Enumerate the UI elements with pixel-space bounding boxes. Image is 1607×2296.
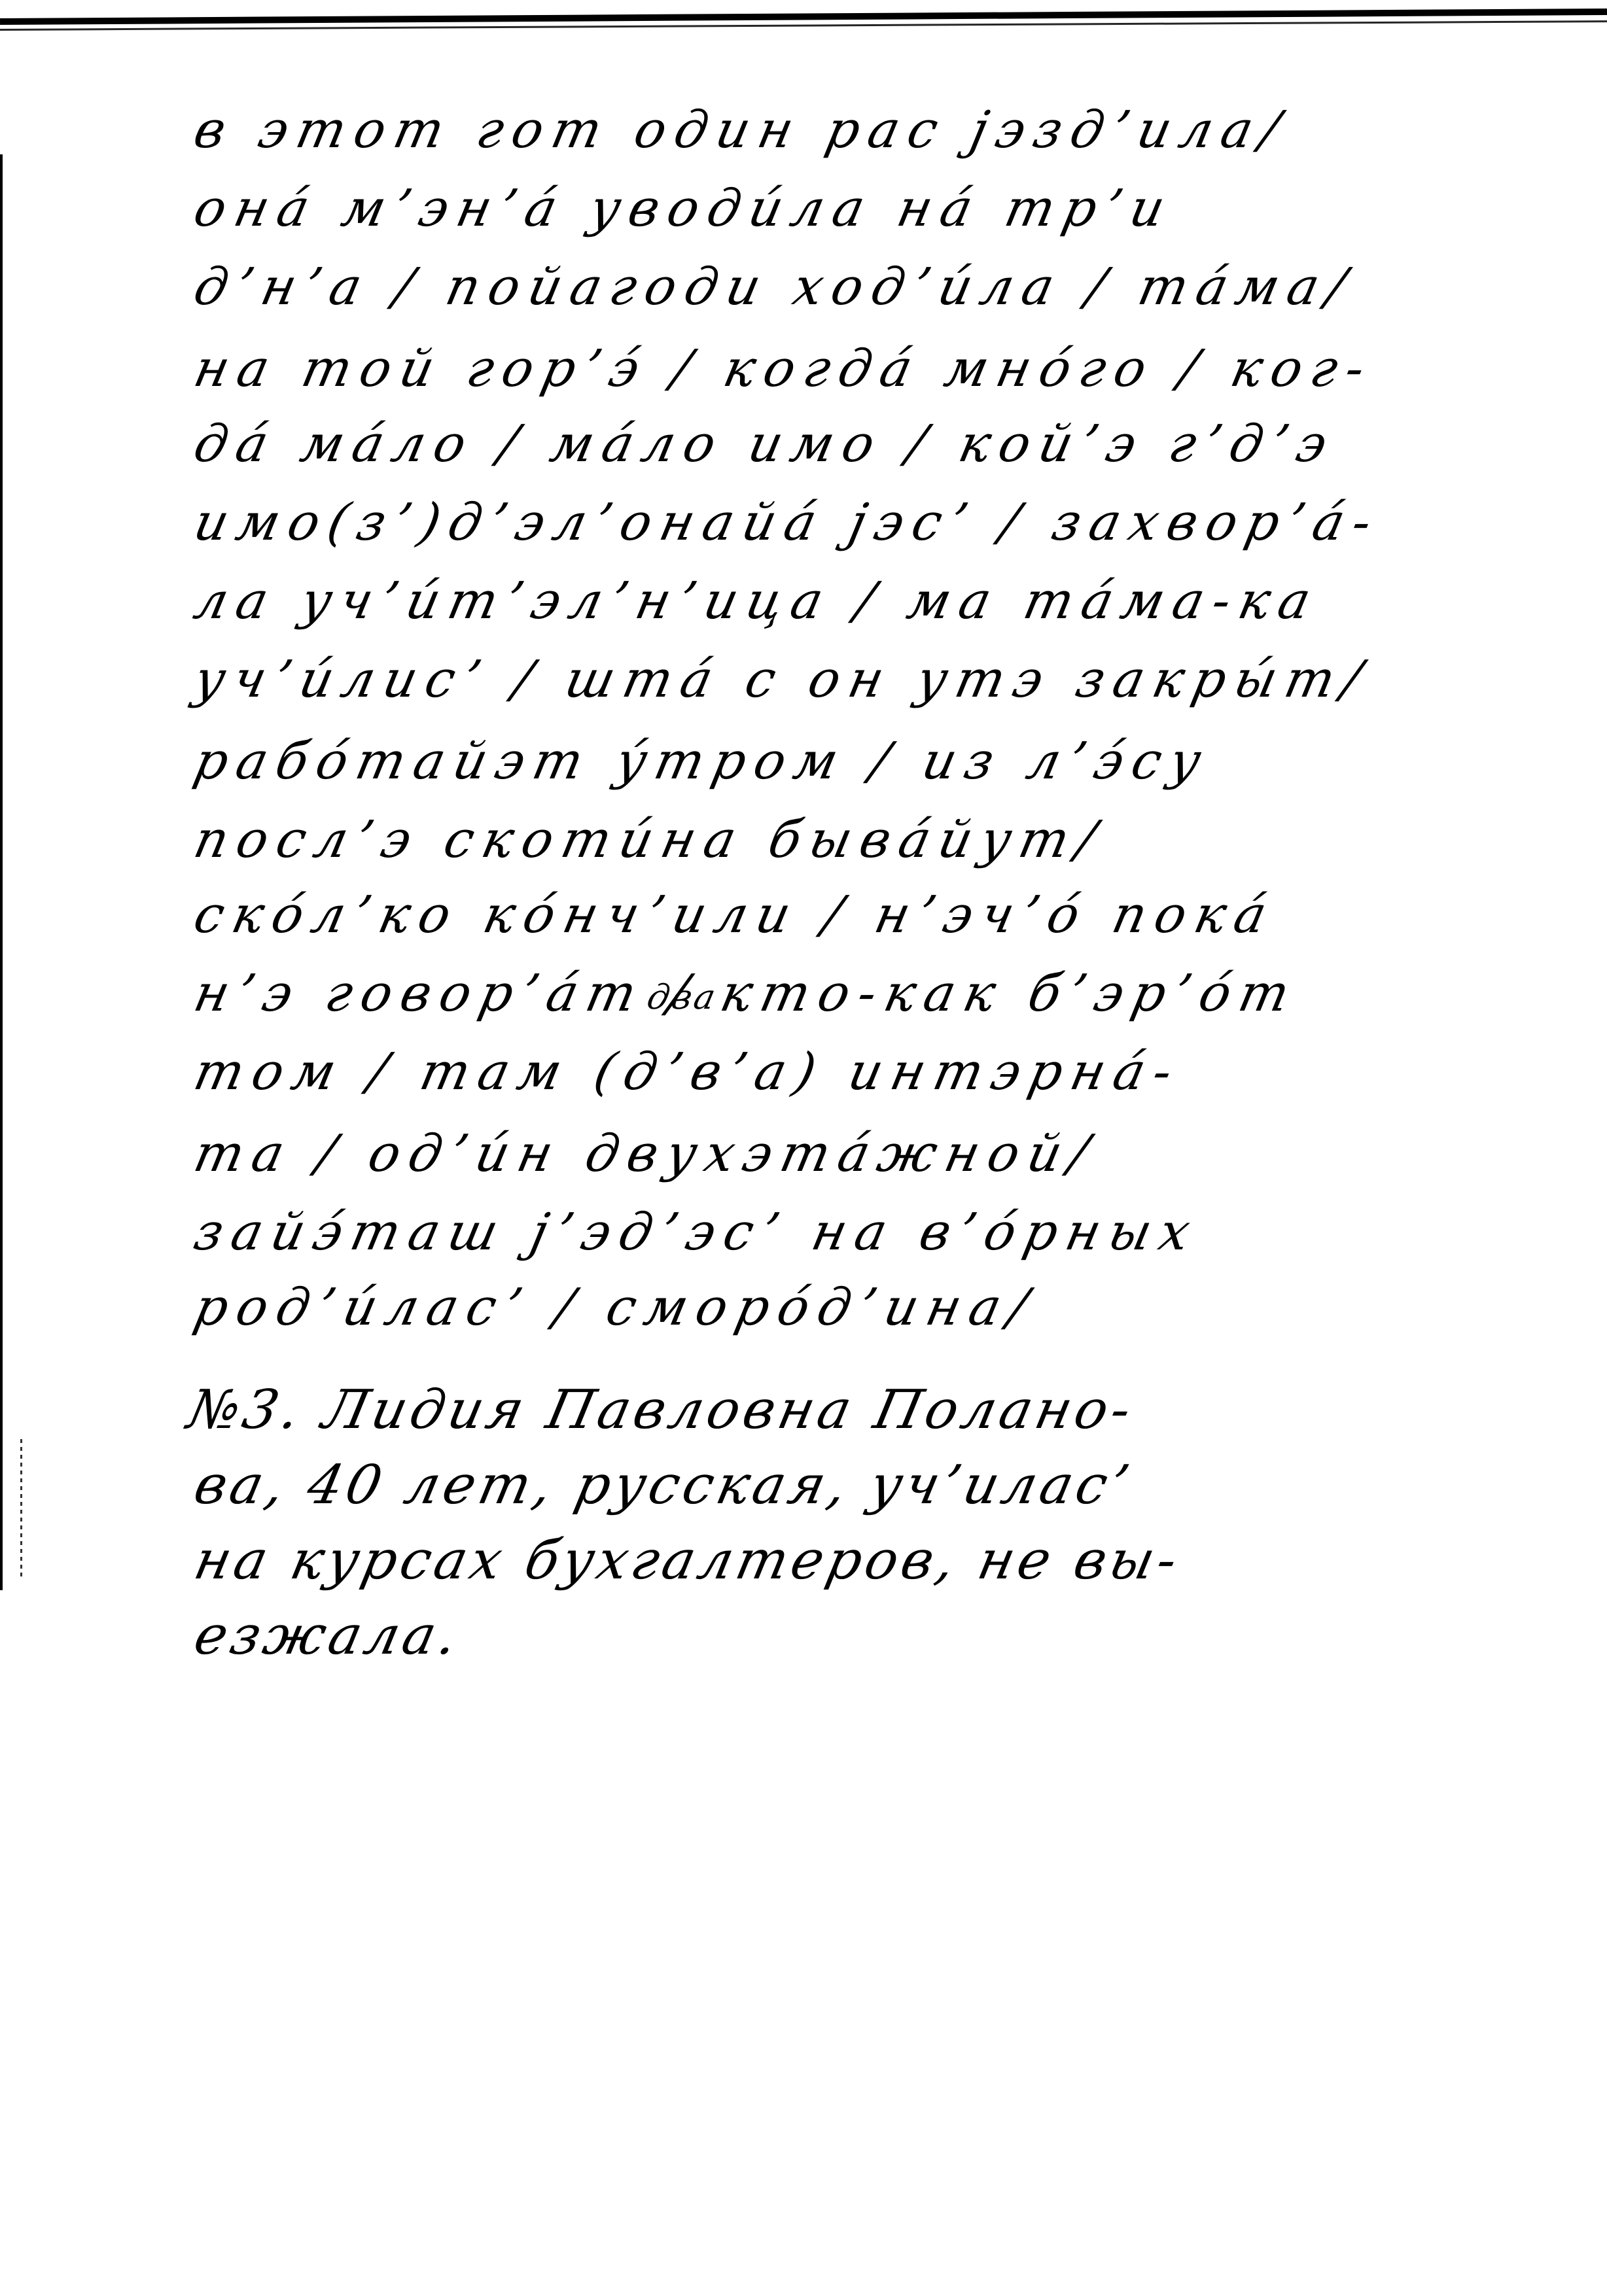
text-line: род’и́лас’ / сморо́д’ина/: [190, 1282, 1041, 1333]
text-line-with-strikethrough: том / там (д’в’а) интэрна́-: [190, 1047, 1186, 1098]
text-line: уч’и́лис’ / шта́ с он утэ закры́т/: [190, 654, 1375, 705]
informant-entry-line: на курсах бухгалтеров, не вы-: [190, 1534, 1186, 1588]
text-line: на той гор’э́ / когда́ мно́го / ког-: [190, 343, 1378, 394]
left-page-border: [0, 154, 3, 1590]
text-line: ла уч’и́т’эл’н’ица / ма та́ма-ка: [190, 576, 1324, 627]
informant-entry-line: езжала.: [190, 1609, 466, 1663]
text-line: рабо́тайэт у́тром / из л’э́су: [190, 736, 1214, 787]
text-line: посл’э скоти́на быва́йут/: [190, 814, 1109, 865]
scanned-page: в этот гот один рас jэзд’ила/ она́ м’эн’…: [0, 0, 1607, 2296]
text-line: в этот гот один рас jэзд’ила/: [190, 105, 1293, 156]
correction-above-strikethrough: два: [644, 978, 722, 1017]
text-line: та / од’и́н двухэта́жной/: [190, 1128, 1102, 1179]
text-line: зайэ́таш j’эд’эс’ на в’о́рных: [190, 1207, 1203, 1258]
text-line: да́ ма́ло / ма́ло имо / кой’э г’д’э: [190, 419, 1340, 470]
informant-entry-line: ва, 40 лет, русская, уч’илас’: [190, 1459, 1137, 1512]
text-line: д’н’а / пойагоди ход’и́ла / та́ма/: [190, 262, 1360, 313]
text-line: она́ м’эн’а́ уводи́ла на́ тр’и: [190, 183, 1178, 234]
text-line: н’э говор’а́т / кто-как б’эр’о́т: [190, 968, 1303, 1019]
text-line: ско́л’ко ко́нч’или / н’эч’о́ пока́: [190, 890, 1280, 941]
left-margin-faint-line: [20, 1439, 22, 1576]
informant-entry-line: №3. Лидия Павловна Полано-: [183, 1383, 1139, 1437]
text-line: имо(з’)д’эл’онайа́ jэс’ / захвор’а́-: [190, 497, 1385, 548]
